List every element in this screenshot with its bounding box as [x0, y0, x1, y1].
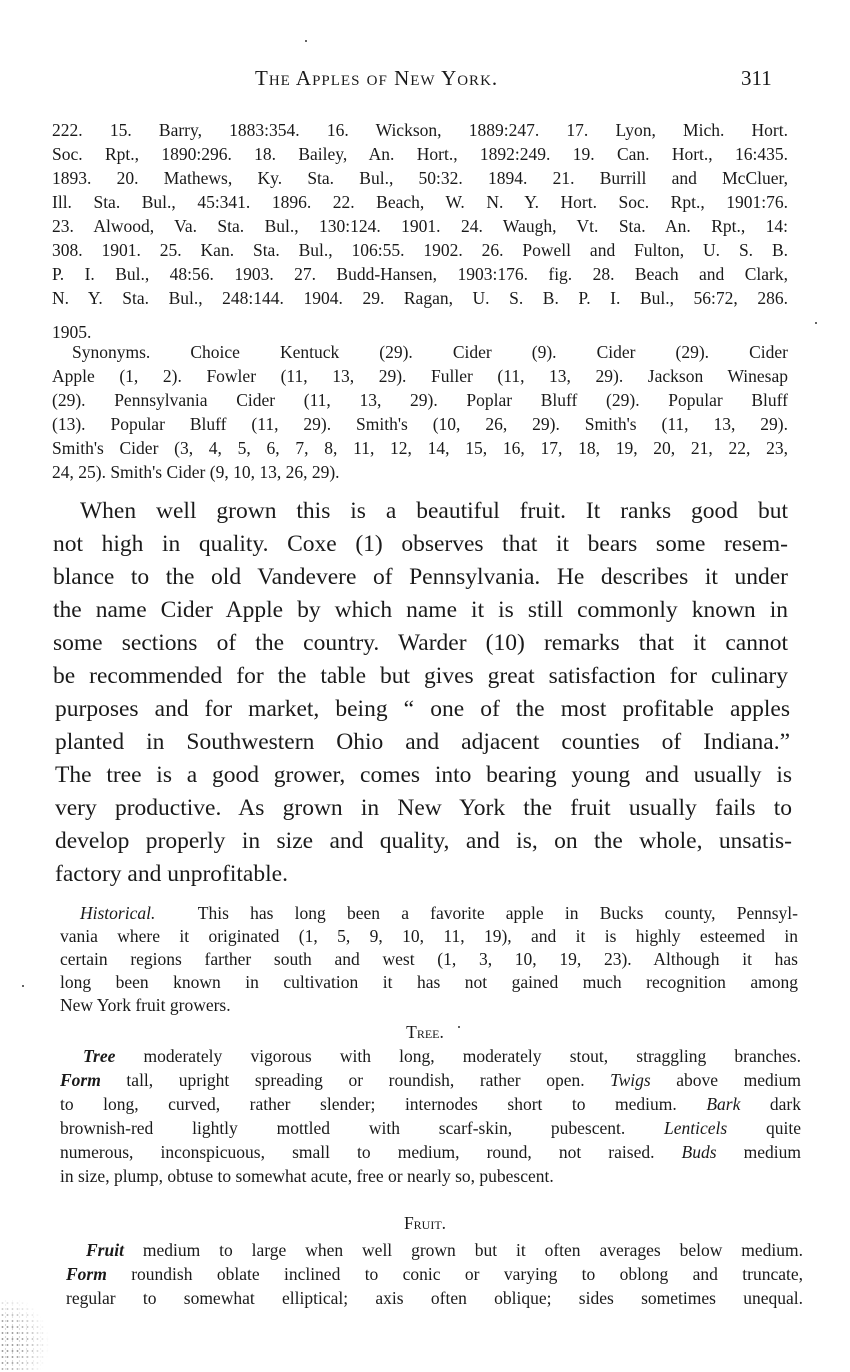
page-number: 311 [741, 66, 772, 91]
tree-line: brownish-red lightly mottled with scarf-… [60, 1118, 801, 1139]
scan-speck [815, 322, 817, 324]
reference-line: 23. Alwood, Va. Sta. Bul., 130:124. 1901… [52, 216, 788, 237]
historical-label: Historical. [80, 903, 155, 923]
paragraph-line: develop properly in size and quality, an… [55, 828, 792, 855]
scan-speck [305, 40, 307, 42]
scan-noise [0, 1300, 50, 1372]
paragraph-line: planted in Southwestern Ohio and adjacen… [55, 729, 790, 756]
tree-line: in size, plump, obtuse to somewhat acute… [60, 1166, 554, 1187]
book-page: The Apples of New York. 311 222. 15. Bar… [0, 0, 850, 1372]
historical-line: long been known in cultivation it has no… [60, 972, 798, 993]
reference-line: Soc. Rpt., 1890:296. 18. Bailey, An. Hor… [52, 144, 788, 165]
reference-line: 1905. [52, 322, 91, 343]
reference-line: Ill. Sta. Bul., 45:341. 1896. 22. Beach,… [52, 192, 788, 213]
reference-line: 308. 1901. 25. Kan. Sta. Bul., 106:55. 1… [52, 240, 788, 261]
paragraph-line: purposes and for market, being “ one of … [55, 696, 790, 723]
tree-line: numerous, inconspicuous, small to medium… [60, 1142, 801, 1163]
paragraph-line: some sections of the country. Warder (10… [53, 630, 788, 657]
paragraph-line: be recommended for the table but gives g… [53, 663, 788, 690]
tree-line: Tree moderately vigorous with long, mode… [83, 1046, 801, 1067]
historical-line: New York fruit growers. [60, 995, 231, 1016]
fruit-line: Form roundish oblate inclined to conic o… [66, 1264, 803, 1285]
tree-line: to long, curved, rather slender; interno… [60, 1094, 801, 1115]
scan-speck [458, 1026, 460, 1028]
tree-line: Form tall, upright spreading or roundish… [60, 1070, 801, 1091]
paragraph-line: The tree is a good grower, comes into be… [55, 762, 792, 789]
historical-line: certain regions farther south and west (… [60, 949, 798, 970]
reference-line: P. I. Bul., 48:56. 1903. 27. Budd-Hansen… [52, 264, 788, 285]
scan-speck [22, 985, 24, 987]
running-title: The Apples of New York. [255, 66, 498, 91]
fruit-line: Fruit medium to large when well grown bu… [86, 1240, 803, 1261]
reference-line: 1893. 20. Mathews, Ky. Sta. Bul., 50:32.… [52, 168, 788, 189]
fruit-line: regular to somewhat elliptical; axis oft… [66, 1288, 803, 1309]
paragraph-line: not high in quality. Coxe (1) observes t… [53, 531, 788, 558]
tree-heading: Tree. [0, 1022, 850, 1043]
synonyms-line: Smith's Cider (3, 4, 5, 6, 7, 8, 11, 12,… [52, 438, 788, 459]
paragraph-line: When well grown this is a beautiful frui… [80, 498, 788, 525]
fruit-heading: Fruit. [0, 1213, 850, 1234]
synonyms-line: Apple (1, 2). Fowler (11, 13, 29). Fulle… [52, 366, 788, 387]
paragraph-line: the name Cider Apple by which name it is… [53, 597, 788, 624]
running-head: The Apples of New York. 311 [0, 66, 850, 96]
synonyms-line: 24, 25). Smith's Cider (9, 10, 13, 26, 2… [52, 462, 340, 483]
reference-line: 222. 15. Barry, 1883:354. 16. Wickson, 1… [52, 120, 788, 141]
historical-line: vania where it originated (1, 5, 9, 10, … [60, 926, 798, 947]
historical-line: Historical. This has long been a favorit… [80, 903, 798, 924]
synonyms-line: (13). Popular Bluff (11, 29). Smith's (1… [52, 414, 788, 435]
synonyms-line: (29). Pennsylvania Cider (11, 13, 29). P… [52, 390, 788, 411]
paragraph-line: factory and unprofitable. [55, 861, 288, 888]
paragraph-line: very productive. As grown in New York th… [55, 795, 792, 822]
paragraph-line: blance to the old Vandevere of Pennsylva… [53, 564, 788, 591]
reference-line: N. Y. Sta. Bul., 248:144. 1904. 29. Raga… [52, 288, 788, 309]
synonyms-line: Synonyms. Choice Kentuck (29). Cider (9)… [72, 342, 788, 363]
